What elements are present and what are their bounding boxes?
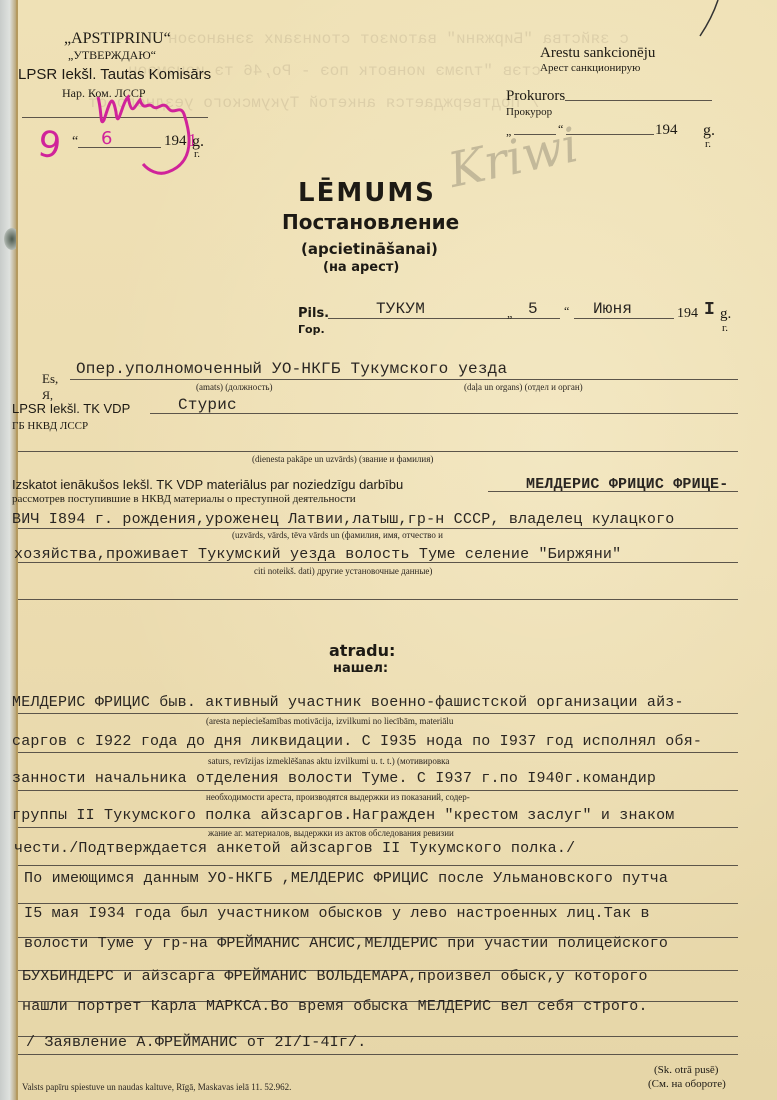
date-open-quote: „ (506, 124, 511, 139)
found-label-lv: atradu: (329, 641, 395, 660)
approve-label-ru: „УТВЕРЖДАЮ“ (68, 48, 156, 63)
finding-caption: (aresta nepieciešamības motivācija, izvi… (206, 716, 453, 726)
materials-intro-lv: Izskatot ienākušos Iekšl. TK VDP materiā… (12, 477, 403, 492)
day-line (514, 318, 560, 319)
prosecutor-year-prefix: 194 (655, 122, 678, 139)
finding-rule (18, 1054, 738, 1055)
prosecutor-month-line (566, 134, 654, 135)
accused-residence-value: хозяйства,проживает Тукумский уезда воло… (14, 546, 621, 563)
month-value: Июня (593, 300, 632, 318)
sanction-label-lv: Arestu sankcionēju (540, 45, 655, 62)
year-prefix: 194 (164, 133, 187, 150)
finding-line: / Заявление А.ФРЕЙМАНИС от 2I/I-4Iг/. (26, 1034, 366, 1051)
pen-stroke (688, 0, 728, 40)
rank-line (18, 451, 738, 452)
subtitle-ru: (на арест) (323, 260, 399, 275)
org-label-lv: LPSR Iekšl. TK VDP (12, 401, 130, 416)
finding-line: занности начальника отделения волости Ту… (12, 770, 656, 787)
finding-rule (18, 903, 738, 904)
year-suffix-main: I (704, 300, 715, 320)
see-over-ru: (См. на обороте) (648, 1078, 726, 1090)
finding-line: I5 мая I934 года был участником обысков … (24, 905, 650, 922)
prosecutor-day-line (514, 134, 556, 135)
finding-line: БУХБИНДЕРС и айзсарга ФРЕЙМАНИС ВОЛЬДЕМА… (22, 968, 648, 985)
handwritten-day: 9 (35, 124, 63, 168)
name-line (150, 413, 738, 414)
accused-residence-caption: citi noteikš. dati) другие установочные … (254, 566, 432, 576)
document-page: с зяйства "Биржяни" ватоизот стоинзаих з… (16, 0, 777, 1100)
finding-rule (18, 790, 738, 791)
rank-caption: (dienesta pakāpe un uzvārds) (звание и ф… (252, 454, 433, 464)
position-caption: (amats) (должность) (196, 382, 272, 392)
g-label-main: g. (720, 306, 731, 323)
sanction-label-ru: Арест санкционирую (540, 62, 640, 74)
city-label-ru: Гор. (298, 323, 325, 336)
prosecutor-label-lv: Prokurors (506, 88, 565, 105)
prosecutor-signature-line (565, 100, 712, 101)
see-over-lv: (Sk. otrā pusē) (654, 1064, 718, 1076)
g-label-main-ru: г. (722, 322, 728, 334)
city-value: ТУКУМ (376, 300, 425, 318)
dept-caption: (daļa un organs) (отдел и орган) (464, 382, 583, 392)
materials-intro-ru: рассмотрев поступившие в НКВД материалы … (12, 493, 356, 505)
finding-rule (18, 865, 738, 866)
g-label-ru: г. (194, 148, 200, 160)
finding-caption: saturs, revīzijas izmeklēšanas aktu izvi… (208, 756, 449, 766)
city-label-lv: Pils. (298, 306, 329, 321)
finding-rule (18, 713, 738, 714)
subtitle-lv: (apcietināšanai) (301, 240, 438, 258)
accused-details-caption: (uzvārds, vārds, tēva vārds un (фамилия,… (232, 530, 443, 540)
city-line (328, 318, 518, 319)
finding-line: группы II Тукумского полка айзсаргов.Наг… (12, 807, 675, 824)
day-close-quote: “ (564, 304, 569, 319)
finding-line: чести./Подтверждается анкетой айзсаргов … (14, 840, 575, 857)
prosecutor-g-label-ru: г. (705, 138, 711, 150)
finding-caption: жание аг. материалов, выдержки из актов … (208, 828, 454, 838)
finding-line: саргов с I922 года до дня ликвидации. С … (12, 733, 702, 750)
position-line (70, 379, 738, 380)
title-ru: Постановление (282, 210, 459, 234)
i-label-lv: Es, (42, 371, 58, 387)
finding-line: МЕЛДЕРИС ФРИЦИС быв. активный участник в… (12, 694, 684, 711)
handwritten-month: 6 (101, 128, 112, 149)
prosecutor-label-ru: Прокурор (506, 106, 552, 118)
materials-line-4 (18, 599, 738, 600)
printer-imprint: Valsts papīru spiestuve un naudas kaltuv… (22, 1082, 291, 1092)
materials-line-2 (18, 528, 738, 529)
date-month-line (78, 147, 161, 148)
found-label-ru: нашел: (333, 661, 388, 676)
finding-rule (18, 752, 738, 753)
finding-line: По имеющимся данным УО-НКГБ ,МЕЛДЕРИС ФР… (24, 870, 668, 887)
accused-details-value: ВИЧ I894 г. рождения,уроженец Латвии,лат… (12, 511, 675, 528)
finding-caption: необходимости ареста, производятся выдер… (206, 792, 470, 802)
finding-line: волости Туме у гр-на ФРЕЙМАНИС АНСИС,МЕЛ… (24, 935, 668, 952)
day-value: 5 (528, 300, 538, 318)
month-line (574, 318, 674, 319)
org-label-ru: ГБ НКВД ЛССР (12, 420, 88, 432)
signature-handwritten (88, 72, 238, 182)
day-open-quote: „ (507, 306, 512, 321)
accused-name-value: МЕЛДЕРИС ФРИЦИС ФРИЦЕ- (526, 476, 728, 493)
position-value: Опер.уполномоченный УО-НКГБ Тукумского у… (76, 360, 507, 378)
finding-line: нашли портрет Карла МАРКСА.Во время обыс… (22, 998, 648, 1015)
officer-name-value: Стурис (178, 396, 237, 414)
approve-label-lv: „APSTIPRINU“ (64, 30, 171, 48)
year-prefix-main: 194 (677, 306, 698, 322)
title-lv: LĒMUMS (298, 178, 436, 208)
date-close-quote: “ (558, 122, 563, 137)
